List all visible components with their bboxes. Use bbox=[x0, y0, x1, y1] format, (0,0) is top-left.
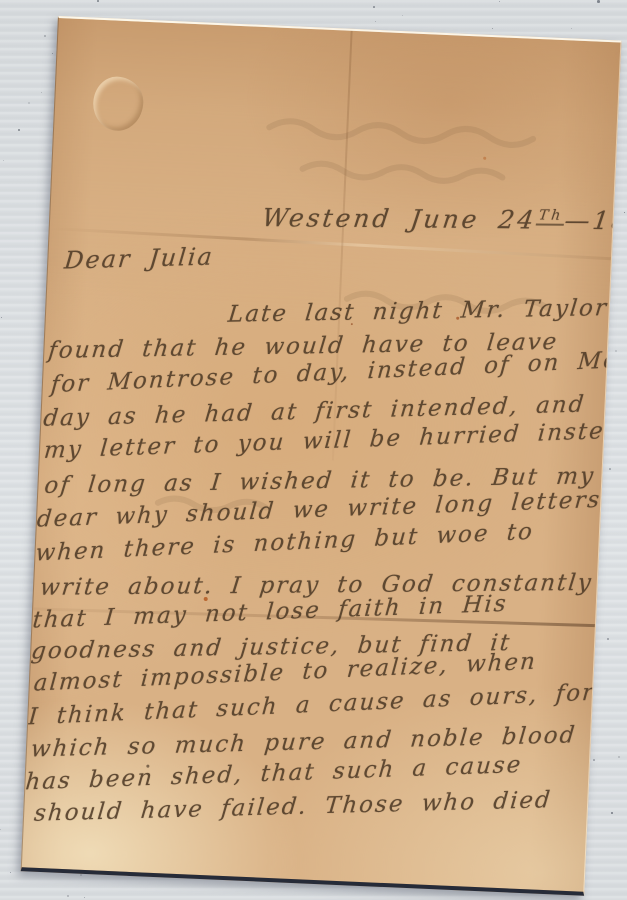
scanned-letter-image: Westend June 24Th—1865 Dear Julia Late l… bbox=[0, 0, 627, 900]
letter-line: Late last night Mr. Taylor bbox=[227, 295, 610, 328]
salutation: Dear Julia bbox=[63, 243, 215, 275]
fold-crease-vertical bbox=[332, 31, 353, 461]
letter-line: should have failed. Those who died bbox=[33, 787, 553, 827]
dateline-ordinal: Th bbox=[536, 207, 567, 225]
dateline-place-date: Westend June 24 bbox=[260, 203, 538, 234]
foxing-spot bbox=[483, 157, 486, 160]
dateline-year: —1865 bbox=[563, 206, 622, 236]
letter-line: write about. I pray to God constantly bbox=[39, 570, 595, 601]
dateline: Westend June 24Th—1865 bbox=[260, 203, 621, 236]
embossed-seal bbox=[92, 76, 144, 132]
letter-paper: Westend June 24Th—1865 Dear Julia Late l… bbox=[21, 16, 622, 896]
